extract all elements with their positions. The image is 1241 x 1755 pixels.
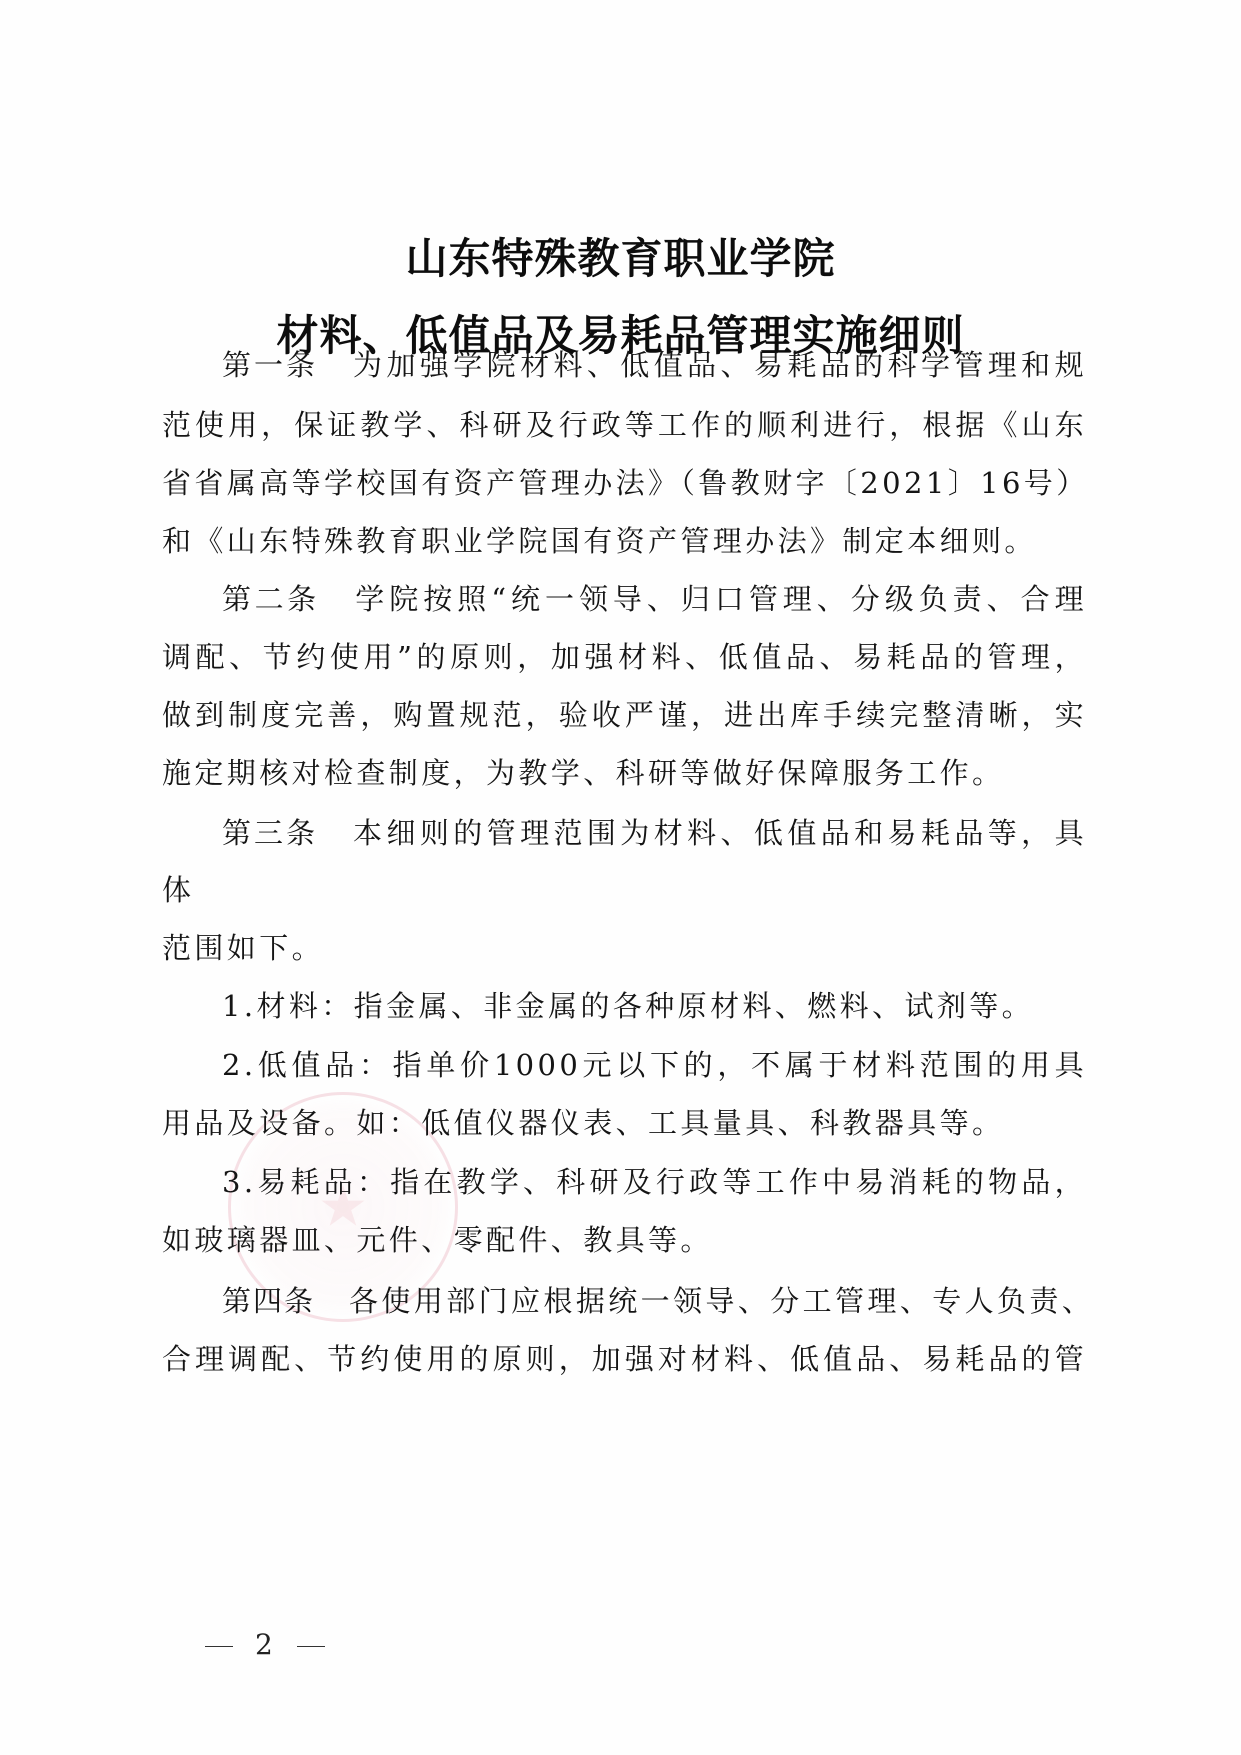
article-2-line-1: 第二条学院按照“统一领导、归口管理、分级负责、合理	[222, 579, 1087, 619]
article-3-line-1: 第三条本细则的管理范围为材料、低值品和易耗品等，具	[222, 813, 1087, 853]
page-number-dash-left	[205, 1646, 233, 1648]
article-1-line-1: 第一条为加强学院材料、低值品、易耗品的科学管理和规	[222, 345, 1087, 385]
article-4-label: 第四条	[222, 1284, 315, 1318]
article-1-line-3: 省省属高等学校国有资产管理办法》（鲁教财字〔2021〕16号）	[162, 463, 1087, 503]
page-number: 2	[205, 1628, 325, 1661]
article-4-text: 各使用部门应根据统一领导、分工管理、专人负责、	[349, 1284, 1094, 1318]
scope-item-low-value-line-1: 2.低值品：指单价1000元以下的，不属于材料范围的用具	[222, 1045, 1087, 1085]
article-1-line-4: 和《山东特殊教育职业学院国有资产管理办法》制定本细则。	[162, 521, 1087, 561]
article-3-text: 本细则的管理范围为材料、低值品和易耗品等，具	[352, 816, 1087, 850]
article-4-line-1: 第四条各使用部门应根据统一领导、分工管理、专人负责、	[222, 1281, 1087, 1321]
article-3-line-3: 范围如下。	[162, 928, 1087, 968]
article-3-label: 第三条	[222, 816, 318, 850]
scope-item-materials: 1.材料：指金属、非金属的各种原材料、燃料、试剂等。	[222, 986, 1087, 1026]
scope-item-low-value-line-2: 用品及设备。如：低值仪器仪表、工具量具、科教器具等。	[162, 1103, 1087, 1143]
article-2-line-3: 做到制度完善，购置规范，验收严谨，进出库手续完整清晰，实	[162, 695, 1087, 735]
article-1-line-2: 范使用，保证教学、科研及行政等工作的顺利进行，根据《山东	[162, 405, 1087, 445]
document-title-institution: 山东特殊教育职业学院	[0, 226, 1241, 286]
article-2-line-2: 调配、节约使用”的原则，加强材料、低值品、易耗品的管理，	[162, 637, 1087, 677]
document-page: ★ 山东特殊教育职业学院 材料、低值品及易耗品管理实施细则 第一条为加强学院材料…	[0, 0, 1241, 1755]
scope-item-consumables-line-2: 如玻璃器皿、元件、零配件、教具等。	[162, 1220, 1087, 1260]
article-1-text: 为加强学院材料、低值品、易耗品的科学管理和规	[352, 348, 1087, 382]
article-2-line-4: 施定期核对检查制度，为教学、科研等做好保障服务工作。	[162, 753, 1087, 793]
article-4-line-2: 合理调配、节约使用的原则，加强对材料、低值品、易耗品的管	[162, 1339, 1087, 1379]
scope-item-consumables-line-1: 3.易耗品：指在教学、科研及行政等工作中易消耗的物品，	[222, 1162, 1087, 1202]
article-1-label: 第一条	[222, 348, 318, 382]
page-number-dash-right	[297, 1646, 325, 1648]
article-2-text: 学院按照“统一领导、归口管理、分级负责、合理	[354, 582, 1087, 616]
article-2-label: 第二条	[222, 582, 320, 616]
page-number-value: 2	[255, 1628, 275, 1661]
article-3-line-2: 体	[162, 870, 1087, 910]
